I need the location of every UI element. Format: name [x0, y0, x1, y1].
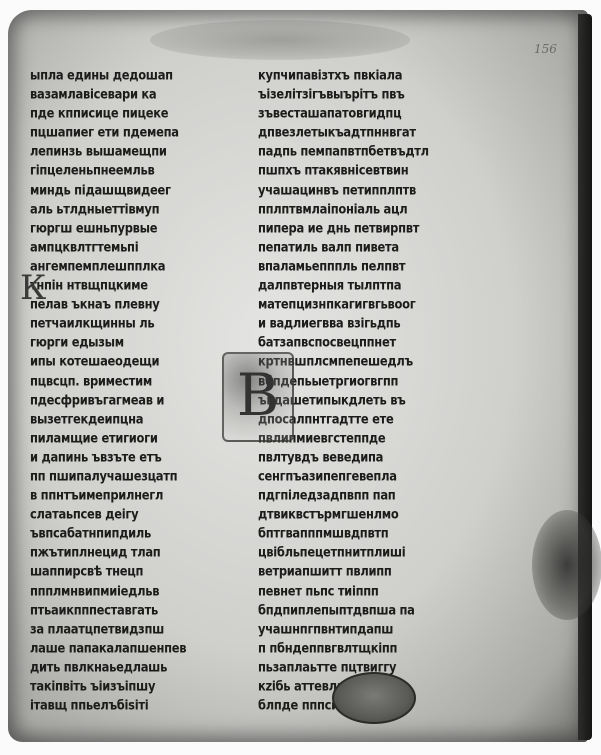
water-stain-right [532, 510, 601, 620]
folio-number: 156 [534, 42, 557, 56]
illuminated-initial: В [222, 352, 294, 442]
decorated-initial-small: К [20, 268, 42, 308]
manuscript-line: ітавщ ппьелъбіsіті [30, 695, 240, 716]
text-column-left: ыпла едины дедошапвазамлавісевари капде … [30, 66, 240, 715]
page-edge-shadow [578, 14, 592, 740]
water-stain-top [150, 20, 410, 60]
library-seal-stamp [332, 672, 416, 724]
